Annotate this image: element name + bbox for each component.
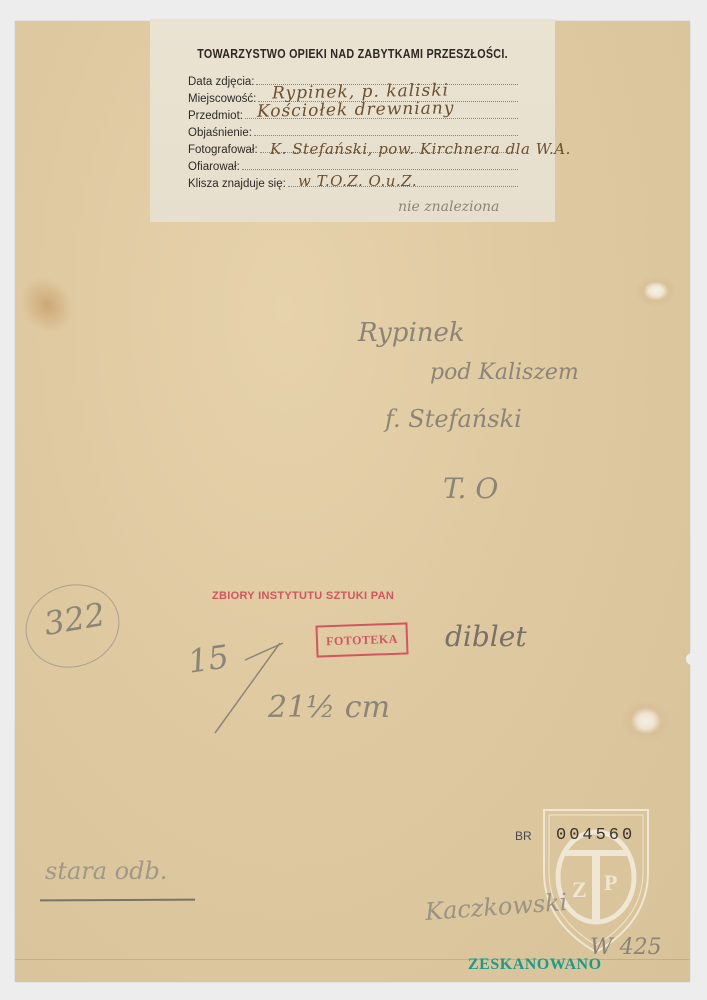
card-notch: [686, 653, 696, 665]
fototeka-stamp-text: FOTOTEKA: [326, 631, 398, 648]
scanned-stamp: ZESKANOWANO: [468, 956, 602, 974]
pencil-note-place: Rypinek: [358, 318, 465, 348]
handwritten-negative-location: w T.O.Z. O.u.Z.: [298, 172, 417, 190]
field-label: Przedmiot:: [188, 110, 243, 122]
printed-label: TOWARZYSTWO OPIEKI NAD ZABYTKAMI PRZESZŁ…: [150, 19, 555, 222]
pencil-note-near: pod Kaliszem: [430, 360, 579, 385]
pencil-size-bottom: 21½ cm: [268, 690, 390, 725]
handwritten-photographer: K. Stefański, pow. Kirchnera dla W.A.: [270, 140, 571, 158]
field-label: Fotografował:: [188, 144, 258, 156]
field-label: Objaśnienie:: [188, 127, 252, 139]
pencil-note-photographer: f. Stefański: [385, 405, 522, 433]
pencil-note-diblet: diblet: [445, 620, 527, 653]
svg-text:P: P: [604, 870, 617, 895]
pencil-note-to: T. O: [443, 472, 498, 505]
handwritten-not-found-note: nie znaleziona: [398, 199, 499, 215]
svg-text:Z: Z: [572, 877, 587, 902]
field-label: Ofiarował:: [188, 161, 240, 173]
handwritten-object: Kościołek drewniany: [257, 98, 455, 121]
stain-hole-bottom-right: [622, 700, 670, 742]
scan-page: TOWARZYSTWO OPIEKI NAD ZABYTKAMI PRZESZŁ…: [0, 0, 707, 1000]
field-explanation: Objaśnienie:: [188, 126, 518, 140]
field-label: Data zdjęcia:: [188, 76, 254, 88]
pencil-note-old-print: stara odb.: [45, 857, 167, 885]
inventory-number-stamp: 004560: [556, 826, 635, 845]
collection-stamp: ZBIORY INSTYTUTU SZTUKI PAN: [212, 590, 394, 602]
br-label: BR: [515, 829, 532, 843]
field-label: Klisza znajduje się:: [188, 178, 286, 190]
fototeka-stamp: FOTOTEKA: [315, 622, 408, 657]
stain-hole-top-right: [636, 276, 676, 306]
label-title: TOWARZYSTWO OPIEKI NAD ZABYTKAMI PRZESZŁ…: [178, 47, 526, 61]
field-label: Miejscowość:: [188, 93, 256, 105]
